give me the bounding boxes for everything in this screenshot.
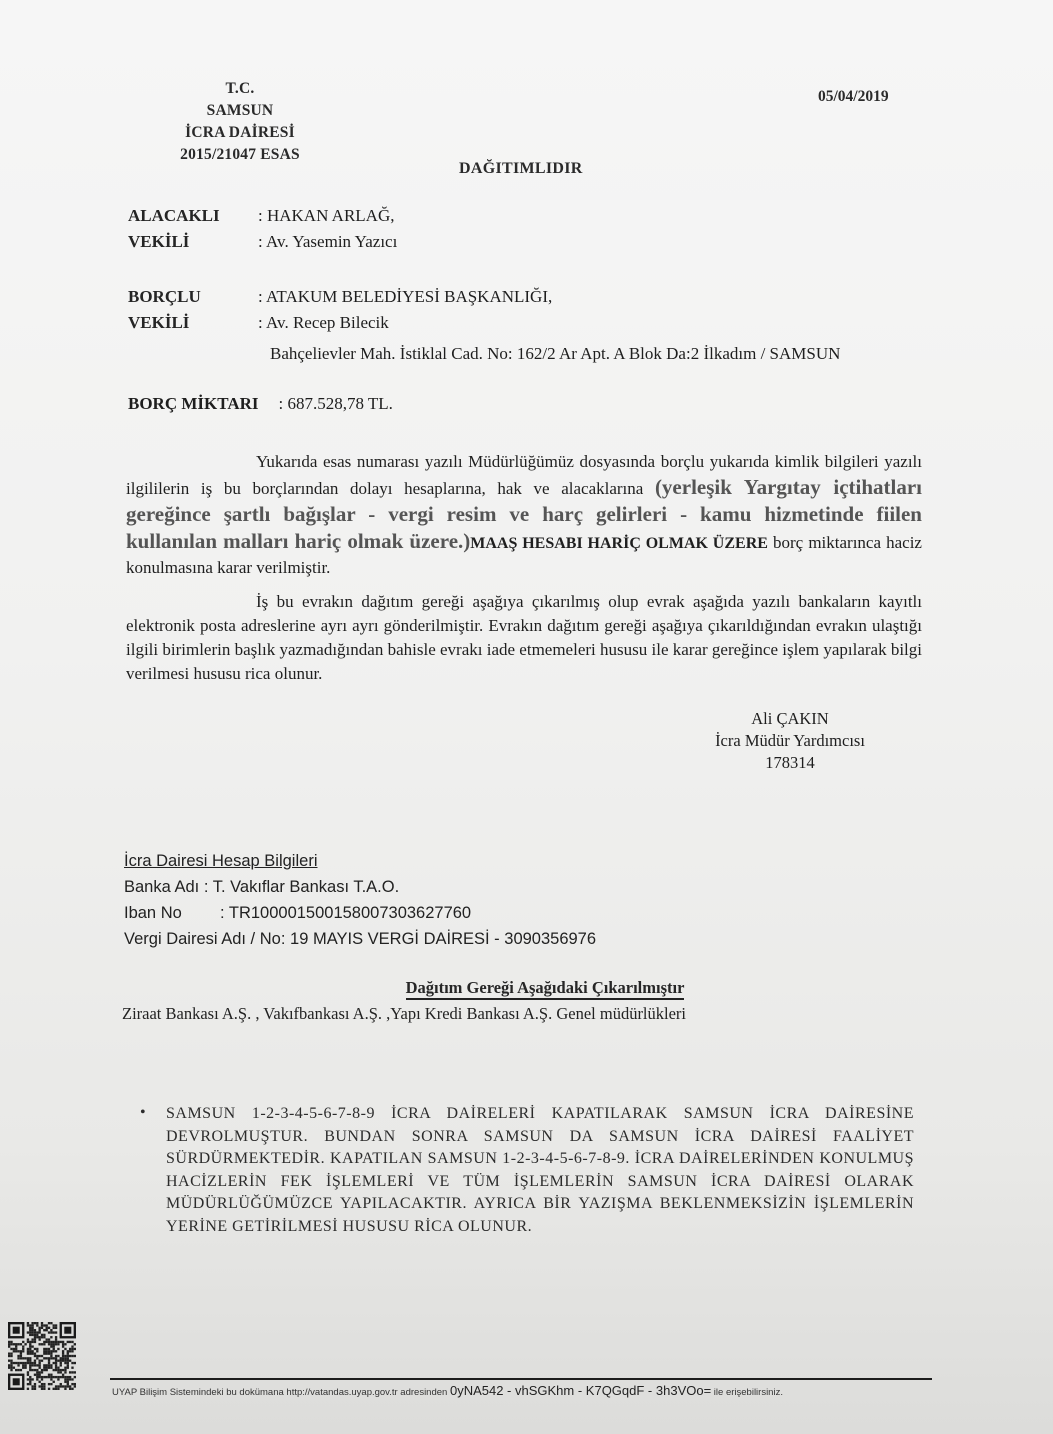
footer-verification: UYAP Bilişim Sistemindeki bu dokümana ht… xyxy=(112,1383,783,1398)
closure-notice: SAMSUN 1-2-3-4-5-6-7-8-9 İCRA DAİRELERİ … xyxy=(166,1103,914,1238)
debtor-name: : ATAKUM BELEDİYESİ BAŞKANLIĞI, xyxy=(258,284,552,310)
tax-office-label: Vergi Dairesi Adı / No: xyxy=(124,930,285,948)
distribution-list: Ziraat Bankası A.Ş. , Vakıfbankası A.Ş. … xyxy=(122,1004,686,1024)
header-line: İCRA DAİRESİ xyxy=(140,122,340,144)
footer-prefix: UYAP Bilişim Sistemindeki bu dokümana ht… xyxy=(112,1387,450,1398)
debt-label: BORÇ MİKTARI xyxy=(128,394,259,413)
signer-title: İcra Müdür Yardımcısı xyxy=(690,730,890,752)
bank-info: İcra Dairesi Hesap Bilgileri Banka Adı :… xyxy=(124,848,596,952)
header-line: T.C. xyxy=(140,78,340,100)
footer-suffix: ile erişebilirsiniz. xyxy=(711,1387,783,1398)
creditor-label: ALACAKLI xyxy=(128,203,220,229)
tax-office-row: Vergi Dairesi Adı / No: 19 MAYIS VERGİ D… xyxy=(124,926,596,952)
debtor-label: BORÇLU xyxy=(128,284,201,310)
signer-name: Ali ÇAKIN xyxy=(690,708,890,730)
distribution-title-text: Dağıtım Gereği Aşağıdaki Çıkarılmıştır xyxy=(406,978,685,1000)
distribution-title: Dağıtım Gereği Aşağıdaki Çıkarılmıştır xyxy=(290,978,800,998)
signer-number: 178314 xyxy=(690,752,890,774)
salary-exemption-text: MAAŞ HESABI HARİÇ OLMAK ÜZERE xyxy=(470,535,768,552)
signature-block: Ali ÇAKIN İcra Müdür Yardımcısı 178314 xyxy=(690,708,890,774)
header-line: SAMSUN xyxy=(140,100,340,122)
case-number: 2015/21047 ESAS xyxy=(140,144,340,166)
debt-amount: : 687.528,78 TL. xyxy=(279,394,393,413)
bank-info-title: İcra Dairesi Hesap Bilgileri xyxy=(124,848,596,874)
distribution-text: İş bu evrakın dağıtım gereği aşağıya çık… xyxy=(126,592,922,683)
qr-code-icon xyxy=(8,1322,76,1390)
document-title: DAĞITIMLIDIR xyxy=(459,160,583,178)
iban-row: Iban No: TR100001500158007303627760 xyxy=(124,900,596,926)
bank-name: : T. Vakıflar Bankası T.A.O. xyxy=(204,878,399,896)
debtor-attorney: : Av. Recep Bilecik xyxy=(258,310,389,336)
bank-name-label: Banka Adı xyxy=(124,878,199,896)
iban-label: Iban No xyxy=(124,900,220,926)
creditor-attorney-label: VEKİLİ xyxy=(128,229,189,255)
iban-value: : TR100001500158007303627760 xyxy=(220,904,471,922)
footer-divider xyxy=(110,1378,932,1380)
document-date: 05/04/2019 xyxy=(818,88,889,106)
creditor-name: : HAKAN ARLAĞ, xyxy=(258,203,394,229)
debtor-attorney-label: VEKİLİ xyxy=(128,310,189,336)
debt-amount-row: BORÇ MİKTARI: 687.528,78 TL. xyxy=(128,394,393,414)
tax-office-value: 19 MAYIS VERGİ DAİRESİ - 3090356976 xyxy=(290,930,596,948)
creditor-attorney: : Av. Yasemin Yazıcı xyxy=(258,229,397,255)
debtor-address: Bahçelievler Mah. İstiklal Cad. No: 162/… xyxy=(270,344,840,364)
court-header: T.C. SAMSUN İCRA DAİRESİ 2015/21047 ESAS xyxy=(140,78,340,166)
verification-code: 0yNA542 - vhSGKhm - K7QGqdF - 3h3VOo= xyxy=(450,1383,711,1398)
bullet-icon: • xyxy=(140,1104,146,1122)
creditor-section: ALACAKLI : HAKAN ARLAĞ, VEKİLİ : Av. Yas… xyxy=(128,203,928,263)
distribution-paragraph: İş bu evrakın dağıtım gereği aşağıya çık… xyxy=(126,590,922,686)
bank-name-row: Banka Adı : T. Vakıflar Bankası T.A.O. xyxy=(124,874,596,900)
decision-paragraph: Yukarıda esas numarası yazılı Müdürlüğüm… xyxy=(126,450,922,580)
